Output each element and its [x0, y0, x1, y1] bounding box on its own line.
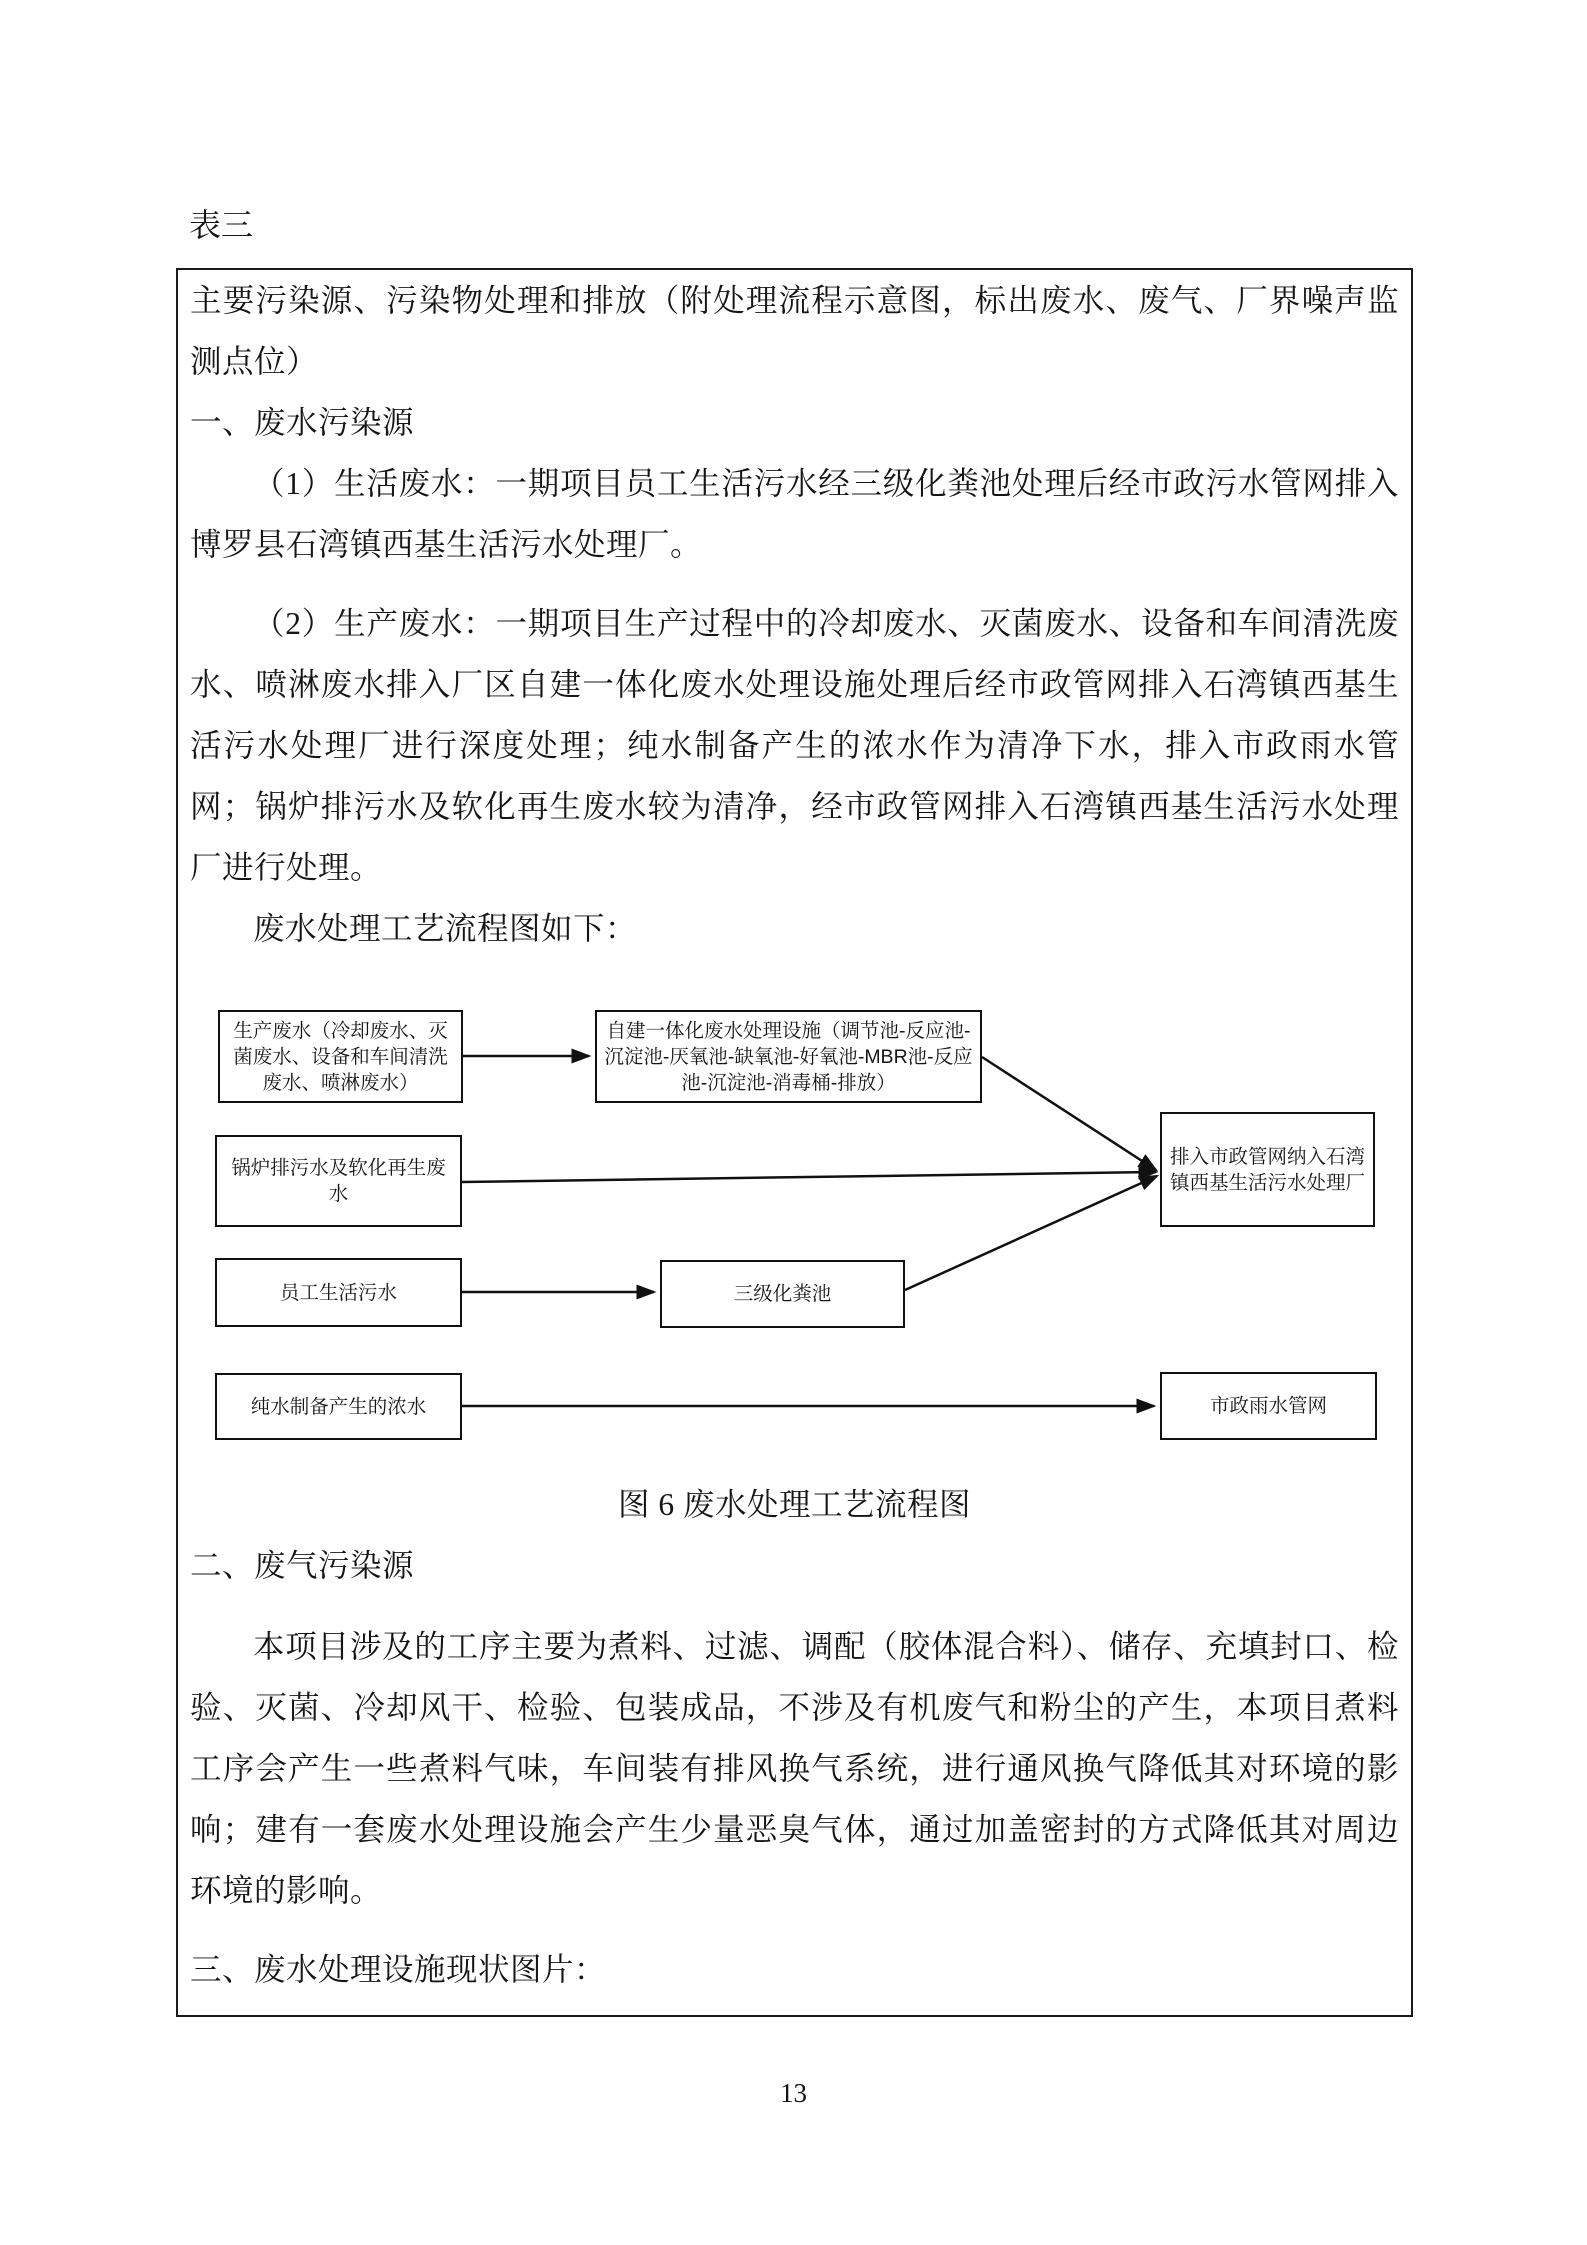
- flow-node-municipal-rainwater-pipe: 市政雨水管网: [1160, 1372, 1377, 1440]
- paragraph-flowchart-intro: 废水处理工艺流程图如下：: [190, 898, 1399, 959]
- section-title-facility-photos: 三、废水处理设施现状图片：: [190, 1939, 1399, 2000]
- flow-node-municipal-pipe-outfall: 排入市政管网纳入石湾镇西基生活污水处理厂: [1160, 1112, 1375, 1227]
- paragraph-production-wastewater: （2）生产废水：一期项目生产过程中的冷却废水、灭菌废水、设备和车间清洗废水、喷淋…: [190, 593, 1399, 898]
- section-title-waste-gas: 二、废气污染源: [190, 1535, 1399, 1596]
- section-title-wastewater: 一、废水污染源: [190, 392, 1399, 453]
- flow-node-boiler-blowdown: 锅炉排污水及软化再生废水: [215, 1135, 462, 1227]
- sheet-label: 表三: [189, 206, 253, 244]
- table-header-text: 主要污染源、污染物处理和排放（附处理流程示意图，标出废水、废气、厂界噪声监测点位…: [190, 270, 1399, 392]
- flow-node-production-wastewater: 生产废水（冷却废水、灭菌废水、设备和车间清洗废水、喷淋废水）: [218, 1010, 463, 1103]
- paragraph-domestic-wastewater: （1）生活废水：一期项目员工生活污水经三级化粪池处理后经市政污水管网排入博罗县石…: [190, 453, 1399, 575]
- figure-caption: 图 6 废水处理工艺流程图: [190, 1474, 1399, 1535]
- page-number: 13: [0, 2078, 1587, 2109]
- flow-node-ro-concentrate: 纯水制备产生的浓水: [215, 1373, 462, 1440]
- flow-node-septic-tank: 三级化粪池: [660, 1260, 905, 1328]
- document-page: 表三 主要污染源、污染物处理和排放（附处理流程示意图，标出废水、废气、厂界噪声监…: [0, 0, 1587, 2245]
- content-table: 主要污染源、污染物处理和排放（附处理流程示意图，标出废水、废气、厂界噪声监测点位…: [176, 268, 1413, 2017]
- flow-node-integrated-treatment-facility: 自建一体化废水处理设施（调节池-反应池-沉淀池-厌氧池-缺氧池-好氧池-MBR池…: [595, 1010, 982, 1103]
- flow-node-staff-domestic-sewage: 员工生活污水: [215, 1258, 462, 1327]
- paragraph-waste-gas: 本项目涉及的工序主要为煮料、过滤、调配（胶体混合料）、储存、充填封口、检验、灭菌…: [190, 1616, 1399, 1921]
- wastewater-flowchart: 生产废水（冷却废水、灭菌废水、设备和车间清洗废水、喷淋废水） 自建一体化废水处理…: [178, 959, 1411, 1459]
